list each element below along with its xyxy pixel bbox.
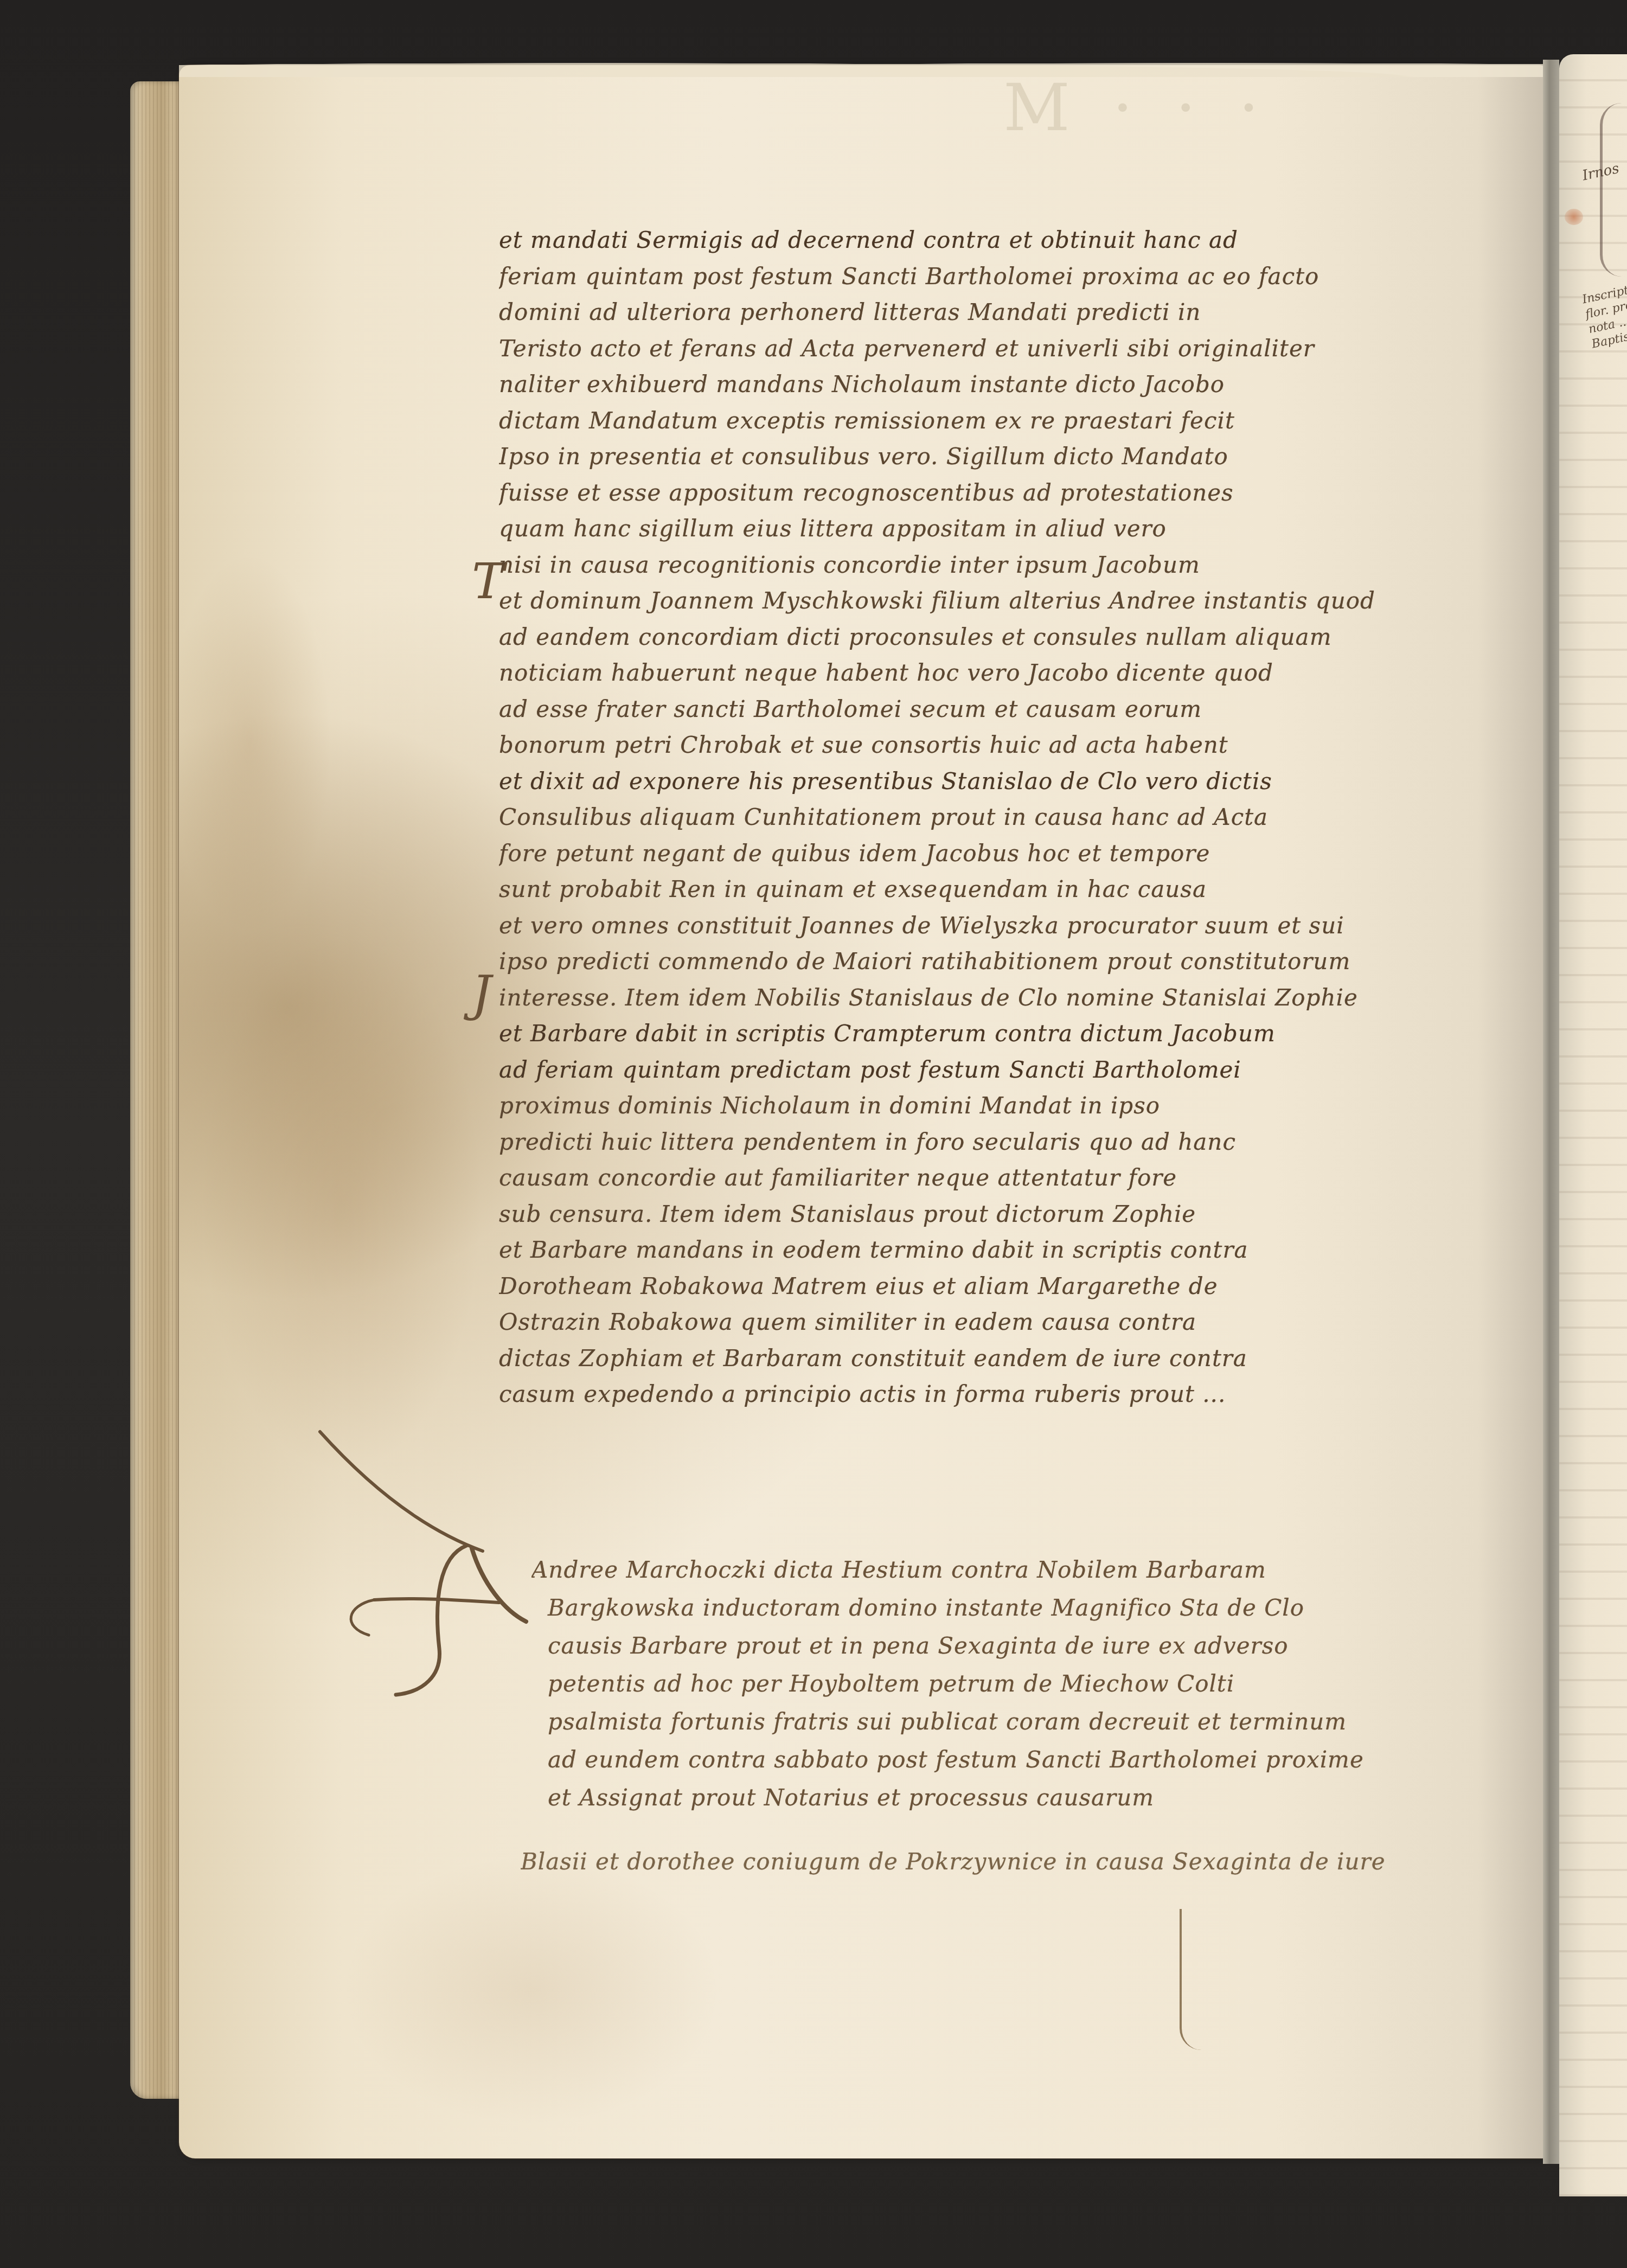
text-line: ipso predicti commendo de Maiori ratihab… bbox=[499, 944, 1562, 980]
text-line: sub censura. Item idem Stanislaus prout … bbox=[499, 1196, 1562, 1233]
text-line: et Barbare dabit in scriptis Crampterum … bbox=[499, 1016, 1562, 1052]
text-line: psalmista fortunis fratris sui publicat … bbox=[531, 1703, 1551, 1741]
text-line: domini ad ulteriora perhonerd litteras M… bbox=[499, 294, 1562, 331]
text-line: causam concordie aut familiariter neque … bbox=[499, 1160, 1562, 1196]
text-line: et dixit ad exponere his presentibus Sta… bbox=[499, 764, 1562, 800]
text-line: nisi in causa recognitionis concordie in… bbox=[499, 547, 1562, 584]
text-line: quam hanc sigillum eius littera apposita… bbox=[499, 511, 1562, 547]
text-line: causis Barbare prout et in pena Sexagint… bbox=[531, 1627, 1551, 1665]
text-line: casum expedendo a principio actis in for… bbox=[499, 1376, 1562, 1413]
text-line: ad esse frater sancti Bartholomei secum … bbox=[499, 691, 1562, 728]
main-text-block: et mandati Sermigis ad decernend contra … bbox=[499, 222, 1562, 1413]
recto-ghost-lines bbox=[1559, 54, 1627, 2196]
initial-letter-j: J bbox=[472, 965, 491, 1022]
text-line: et Assignat prout Notarius et processus … bbox=[531, 1779, 1551, 1817]
text-line: Dorotheam Robakowa Matrem eius et aliam … bbox=[499, 1268, 1562, 1305]
text-line: dictam Mandatum exceptis remissionem ex … bbox=[499, 403, 1562, 439]
water-stain bbox=[168, 553, 331, 933]
text-line: ad eundem contra sabbato post festum San… bbox=[531, 1741, 1551, 1779]
text-line: feriam quintam post festum Sancti Bartho… bbox=[499, 259, 1562, 295]
text-line: et Barbare mandans in eodem termino dabi… bbox=[499, 1232, 1562, 1268]
facing-recto-page: Irnos Inscriptio 800 flor. pro nota ... … bbox=[1559, 54, 1627, 2196]
long-descender-stroke bbox=[1180, 1909, 1209, 2050]
text-line: sunt probabit Ren in quinam et exsequend… bbox=[499, 872, 1562, 908]
text-line: et mandati Sermigis ad decernend contra … bbox=[499, 222, 1562, 259]
text-line: et vero omnes constituit Joannes de Wiel… bbox=[499, 908, 1562, 944]
initial-flourish-icon bbox=[304, 1421, 531, 1703]
text-line: fore petunt negant de quibus idem Jacobu… bbox=[499, 836, 1562, 872]
text-line: predicti huic littera pendentem in foro … bbox=[499, 1124, 1562, 1161]
text-line: Blasii et dorothee coniugum de Pokrzywni… bbox=[521, 1844, 1540, 1880]
entry-paragraph-2: Andree Marchoczki dicta Hestium contra N… bbox=[531, 1551, 1551, 1817]
entry-paragraph-3: Blasii et dorothee coniugum de Pokrzywni… bbox=[521, 1844, 1540, 1880]
text-line: proximus dominis Nicholaum in domini Man… bbox=[499, 1088, 1562, 1124]
text-line: noticiam habuerunt neque habent hoc vero… bbox=[499, 655, 1562, 691]
text-line: Andree Marchoczki dicta Hestium contra N… bbox=[531, 1551, 1551, 1589]
red-wax-stain bbox=[1565, 209, 1583, 225]
text-line: Bargkowska inductoram domino instante Ma… bbox=[531, 1589, 1551, 1627]
water-stain bbox=[342, 1855, 721, 2126]
text-line: Teristo acto et ferans ad Acta pervenerd… bbox=[499, 331, 1562, 367]
text-line: Ostrazin Robakowa quem similiter in eade… bbox=[499, 1304, 1562, 1341]
text-line: ad feriam quintam predictam post festum … bbox=[499, 1052, 1562, 1088]
recto-bracket-stroke bbox=[1600, 103, 1624, 277]
text-line: fuisse et esse appositum recognoscentibu… bbox=[499, 475, 1562, 511]
text-line: interesse. Item idem Nobilis Stanislaus … bbox=[499, 980, 1562, 1016]
text-line: Consulibus aliquam Cunhitationem prout i… bbox=[499, 799, 1562, 836]
text-line: ad eandem concordiam dicti proconsules e… bbox=[499, 619, 1562, 656]
text-line: Ipso in presentia et consulibus vero. Si… bbox=[499, 439, 1562, 475]
water-stain bbox=[201, 933, 483, 1475]
show-through-text: M · · · bbox=[1003, 71, 1270, 146]
text-line: naliter exhibuerd mandans Nicholaum inst… bbox=[499, 367, 1562, 403]
text-line: dictas Zophiam et Barbaram constituit ea… bbox=[499, 1341, 1562, 1377]
text-line: bonorum petri Chrobak et sue consortis h… bbox=[499, 727, 1562, 764]
text-line: et dominum Joannem Myschkowski filium al… bbox=[499, 583, 1562, 619]
text-line: petentis ad hoc per Hoyboltem petrum de … bbox=[531, 1665, 1551, 1703]
